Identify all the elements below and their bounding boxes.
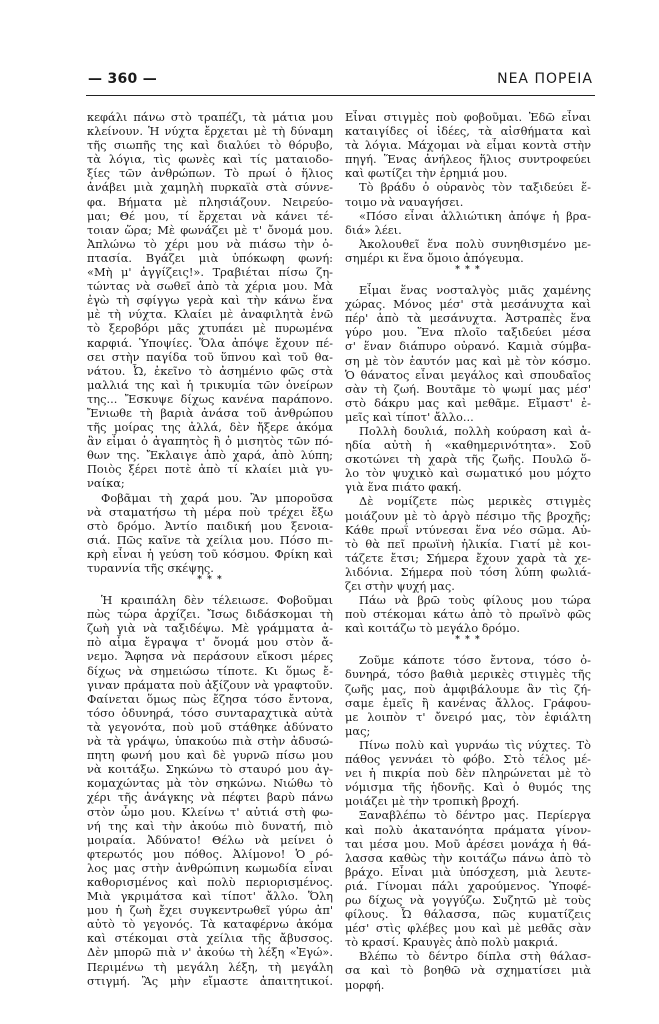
- text-line: γιὰ ἕνα πιάτο φακή.: [345, 480, 591, 494]
- text-line: γιναν πράματα ποὺ ἀξίζουν νὰ γραφτοῦν.: [87, 678, 333, 692]
- text-line: Φαίνεται ὅμως πὼς ἔζησα τόσο ἔντονα,: [87, 692, 333, 706]
- text-line: Ἔνιωθε τὴ βαριὰ ἀνάσα τοῦ ἀνθρώπου: [87, 406, 333, 420]
- text-line: Ἀπλώνω τὸ χέρι μου νὰ πιάσω τὴν ὀ-: [87, 237, 333, 251]
- text-line: πάθος γεννάει τὸ φόβο. Στὸ τέλος μέ-: [345, 752, 591, 766]
- text-line: τῆς μοίρας της ἀλλά, δὲν ἤξερε ἀκόμα: [87, 420, 333, 434]
- text-line: τυραννία τῆς σκέψης.: [87, 561, 333, 575]
- text-line: νή της καὶ τὴν ἀκούω πιὸ δυνατή, πιὸ: [87, 819, 333, 833]
- text-line: Ἡ κραιπάλη δὲν τέλειωσε. Φοβοῦμαι: [87, 593, 333, 607]
- text-line: Τὸ βράδυ ὁ οὐρανὸς τὸν ταξιδεύει ἕ-: [345, 180, 591, 194]
- text-line: δυνηρά, τόσο βαθιὰ μερικὲς στιγμὲς τῆς: [345, 667, 591, 681]
- text-line: Ἀκολουθεῖ ἕνα πολὺ συνηθισμένο με-: [345, 237, 591, 251]
- text-line: ρω δίχως νὰ γογγύζω. Συζητῶ μὲ τοὺς: [345, 893, 591, 907]
- text-line: τὰ λόγια. Μάχομαι νὰ εἶμαι κοντὰ στὴν: [345, 138, 591, 152]
- text-line: τὰ γεγονότα, ποὺ μοῦ στάθηκε ἀδύνατο: [87, 720, 333, 734]
- text-line: τὸ ξεροβόρι μᾶς χτυπάει μὲ πυρωμένα: [87, 321, 333, 335]
- text-line: μοιραία. Ἀδύνατο! Θέλω νὰ μείνει ὁ: [87, 833, 333, 847]
- text-line: δίχως νὰ σημειώσω τίποτε. Κι ὅμως ἔ-: [87, 664, 333, 678]
- text-line: τώντας νὰ σωθεῖ ἀπὸ τὰ χέρια μου. Μὰ: [87, 279, 333, 293]
- text-line: Πολλὴ δουλιά, πολλὴ κούραση καὶ ἀ-: [345, 424, 591, 438]
- text-line: Ξαναβλέπω τὸ δέντρο μας. Περίεργα: [345, 808, 591, 822]
- text-line: στιγμή. Ἂς μὴν εἴμαστε ἀπαιτητικοί.: [87, 974, 333, 988]
- text-line: Δὲ νομίζετε πὼς μερικὲς στιγμὲς: [345, 494, 591, 508]
- right-text-column: Εἶναι στιγμὲς ποὺ φοβοῦμαι. Ἐδῶ εἶναικατ…: [345, 110, 591, 992]
- text-line: κομαχώντας μὰ τὸν σηκώνω. Νιώθω τὸ: [87, 776, 333, 790]
- text-line: μοιάζει μὲ τὴν τροπικὴ βροχή.: [345, 794, 591, 808]
- book-page: — 360 — ΝΕΑ ΠΟΡΕΙΑ κεφάλι πάνω στὸ τραπέ…: [0, 0, 659, 1024]
- text-line: ἀνάβει μιὰ χαμηλὴ πυρκαϊὰ στὰ σύννε-: [87, 180, 333, 194]
- text-line: σημέρι κι ἕνα ὅμοιο ἀπόγευμα.: [345, 251, 591, 265]
- text-line: Βλέπω τὸ δέντρο δίπλα στὴ θάλασ-: [345, 949, 591, 963]
- text-line: Περιμένω τὴ μεγάλη λέξη, τὴ μεγάλη: [87, 960, 333, 974]
- text-line: κεφάλι πάνω στὸ τραπέζι, τὰ μάτια μου: [87, 110, 333, 124]
- text-line: λος μας στὴν ἀνθρώπινη κωμωδία εἶναι: [87, 861, 333, 875]
- text-line: τόσο ὀδυνηρά, τόσο συνταραχτικὰ αὐτὰ: [87, 706, 333, 720]
- section-separator: * * *: [87, 575, 333, 585]
- text-line: ζωὴ γιὰ νὰ ταξιδέψω. Μὲ γράμματα ἀ-: [87, 621, 333, 635]
- text-line: σαμε ἐμεῖς ἢ κανένας ἄλλος. Γράφου-: [345, 696, 591, 710]
- text-line: αὐτὸ τὸ γεγονός. Τὰ καταφέρνω ἀκόμα: [87, 917, 333, 931]
- text-line: τὸ κρασί. Κραυγὲς ἀπὸ πολὺ μακριά.: [345, 935, 591, 949]
- text-line: νὰ σταματήσω τὴ μέρα ποὺ τρέχει ἔξω: [87, 505, 333, 519]
- text-line: στὸ δάκρυ μας καὶ μεθᾶμε. Εἴμαστ' ἐ-: [345, 396, 591, 410]
- text-line: Κάθε πρωΐ ντύνεσαι ἕνα νέο σῶμα. Αὐ-: [345, 523, 591, 537]
- page-number: — 360 —: [88, 71, 157, 87]
- text-line: καὶ στέκομαι στὰ χείλια τῆς ἄβυσσος.: [87, 931, 333, 945]
- text-line: μοιάζουν μὲ τὸ ἀργὸ πέσιμο τῆς βροχῆς;: [345, 509, 591, 523]
- text-line: φίλους. Ὦ θάλασσα, πῶς κυματίζεις: [345, 907, 591, 921]
- text-line: πὼς τώρα ἀρχίζει. Ἴσως διδάσκομαι τὴ: [87, 607, 333, 621]
- paragraph-gap: [345, 645, 591, 653]
- header-rule: [86, 95, 595, 96]
- text-line: Εἶμαι ἕνας νοσταλγὸς μιᾶς χαμένης: [345, 283, 591, 297]
- text-line: ση μὲ τὸν ἑαυτόν μας καὶ μὲ τὸν κόσμο.: [345, 354, 591, 368]
- text-line: λασσα καθὼς τὴν κοιτάζω πάνω ἀπὸ τὸ: [345, 851, 591, 865]
- text-line: με λοιπὸν τ' ὄνειρό μας, τὸν ἐφιάλτη: [345, 710, 591, 724]
- text-line: καθορισμένος καὶ πολὺ περιορισμένος.: [87, 875, 333, 889]
- text-line: νει ἡ πικρία ποὺ δὲν πληρώνεται μὲ τὸ: [345, 766, 591, 780]
- text-line: καρφιά. Ὑποψίες. Ὅλα ἀπόψε ἔχουν πέ-: [87, 336, 333, 350]
- text-line: Πάω νὰ βρῶ τοὺς φίλους μου τώρα: [345, 593, 591, 607]
- text-line: μεῖς καὶ τίποτ' ἄλλο...: [345, 410, 591, 424]
- section-separator: * * *: [345, 635, 591, 645]
- text-line: σει στὴν παγίδα τοῦ ὕπνου καὶ τοῦ θα-: [87, 350, 333, 364]
- text-line: κρὴ εἶναι ἡ γεύση τοῦ κόσμου. Φρίκη καὶ: [87, 547, 333, 561]
- text-line: στὸν ὦμο μου. Κλείνω τ' αὐτιά στὴ φω-: [87, 805, 333, 819]
- text-line: νὰ τὰ γράψω, ὑπακούω πιὰ στὴν ἀδυσώ-: [87, 734, 333, 748]
- text-line: μέσ' στὶς φλέβες μου καὶ μὲ μεθᾶς σὰν: [345, 921, 591, 935]
- text-line: πέρ' ἀπὸ τὰ μεσάνυχτα. Ἀστραπὲς ἕνα: [345, 311, 591, 325]
- text-line: σκοτώνει τὴ χαρὰ τῆς ζωῆς. Πουλῶ ὅ-: [345, 452, 591, 466]
- text-line: τοιαν ὥρα; Μὲ φωνάζει μὲ τ' ὄνομά μου.: [87, 223, 333, 237]
- text-line: ζει στὴν ψυχή μας.: [345, 579, 591, 593]
- text-line: ριά. Γίνομαι πάλι χαρούμενος. Ὑποφέ-: [345, 879, 591, 893]
- text-line: καὶ φωτίζει τὴν ἐρημιά μου.: [345, 166, 591, 180]
- text-line: ηδία αὐτὴ ἡ «καθημερινότητα». Σοῦ: [345, 438, 591, 452]
- text-line: χέρι τῆς ἀνάγκης νὰ πέφτει βαρὺ πάνω: [87, 790, 333, 804]
- running-header: — 360 — ΝΕΑ ΠΟΡΕΙΑ: [88, 71, 593, 93]
- text-line: ξίες τῶν ἀνθρώπων. Τὸ πρωί ὁ ἥλιος: [87, 166, 333, 180]
- text-line: ναίκα;: [87, 476, 333, 490]
- text-line: ἐγὼ τὴ σφίγγω γερὰ καὶ τὴν κάνω ἕνα: [87, 293, 333, 307]
- text-line: τὸ θὰ πεῖ πρωϊνὴ ἡλικία. Γιατί μὲ κοι-: [345, 537, 591, 551]
- text-line: νάτου. Ὦ, ἐκεῖνο τὸ ἀσημένιο φῶς στὰ: [87, 364, 333, 378]
- text-line: λο τὸν ψυχικὸ καὶ σωματικό μου μόχτο: [345, 466, 591, 480]
- text-line: σὰν τὴ ζωή. Βουτᾶμε τὸ ψωμί μας μέσ': [345, 382, 591, 396]
- left-text-column: κεφάλι πάνω στὸ τραπέζι, τὰ μάτια μουκλε…: [87, 110, 333, 988]
- text-line: πτασία. Βγάζει μιὰ ὑπόκωφη φωνή:: [87, 251, 333, 265]
- text-line: Ζοῦμε κάποτε τόσο ἔντονα, τόσο ὀ-: [345, 653, 591, 667]
- text-line: νὰ κοιτάξω. Σηκώνω τὸ σταυρό μου ἀγ-: [87, 762, 333, 776]
- text-line: ἂν εἶμαι ὁ ἀγαπητὸς ἢ ὁ μισητὸς τῶν πό-: [87, 434, 333, 448]
- text-line: Ὁ θάνατος εἶναι μεγάλος καὶ σπουδαῖος: [345, 368, 591, 382]
- text-line: σα καὶ τὸ βοηθῶ νὰ σχηματίσει μιὰ: [345, 963, 591, 977]
- text-line: τοιμο νὰ ναυαγήσει.: [345, 195, 591, 209]
- text-line: Μιὰ γκριμάτσα καὶ τίποτ' ἄλλο. Ὅλη: [87, 889, 333, 903]
- text-line: πητη φωνή μου καὶ δὲ γυρνῶ πίσω μου: [87, 748, 333, 762]
- text-line: πηγή. Ἕνας ἀνήλεος ἥλιος συντροφεύει: [345, 152, 591, 166]
- text-line: κλείνουν. Ἡ νύχτα ἔρχεται μὲ τὴ δύναμη: [87, 124, 333, 138]
- text-line: της... Ἔσκυψε δίχως κανένα παράπονο.: [87, 392, 333, 406]
- section-separator: * * *: [345, 265, 591, 275]
- text-line: «Μὴ μ' ἀγγίζεις!». Τραβιέται πίσω ζη-: [87, 265, 333, 279]
- text-line: μας;: [345, 724, 591, 738]
- text-line: Ποιὸς ξέρει ποτὲ ἀπὸ τί κλαίει μιὰ γυ-: [87, 462, 333, 476]
- text-line: τὰ λόγια, τὶς φωνὲς καὶ τίς ματαιοδο-: [87, 152, 333, 166]
- text-line: μὲ τὴ νύχτα. Κλαίει μὲ ἀναφιλητὰ ἐνῶ: [87, 307, 333, 321]
- text-line: νεμο. Ἄφησα νὰ περάσουν εἴκοσι μέρες: [87, 649, 333, 663]
- text-line: μαι; Θέ μου, τί ἔρχεται νὰ κάνει τέ-: [87, 209, 333, 223]
- journal-title: ΝΕΑ ΠΟΡΕΙΑ: [497, 71, 593, 87]
- text-line: στὸ δρόμο. Ἀντίο παιδική μου ξενοια-: [87, 519, 333, 533]
- text-line: Φοβᾶμαι τὴ χαρά μου. Ἂν μποροῦσα: [87, 491, 333, 505]
- text-line: νόμισμα τῆς ἡδονῆς. Καὶ ὁ θυμός της: [345, 780, 591, 794]
- text-line: ζωῆς μας, ποὺ ἀμφιβάλουμε ἂν τὶς ζή-: [345, 682, 591, 696]
- text-line: πὸ αἷμα ἔγραψα τ' ὄνομά μου στὸν ἄ-: [87, 635, 333, 649]
- text-line: λιδόνια. Σήμερα ποὺ τόση λύπη φωλιά-: [345, 565, 591, 579]
- text-line: τάζετε ἔτσι; Σήμερα ἔχουν χαρὰ τὰ χε-: [345, 551, 591, 565]
- text-line: φα. Βήματα μὲ πλησιάζουν. Νειρεύο-: [87, 195, 333, 209]
- text-line: σιά. Πῶς καῖνε τὰ χείλια μου. Πόσο πι-: [87, 533, 333, 547]
- paragraph-gap: [345, 275, 591, 283]
- text-line: μου ἡ ζωὴ ἔχει συγκεντρωθεῖ γύρω ἀπ': [87, 903, 333, 917]
- text-line: ποὺ στέκομαι κάτω ἀπὸ τὸ πρωϊνὸ φῶς: [345, 607, 591, 621]
- text-line: διά» λέει.: [345, 223, 591, 237]
- text-line: γύρο μου. Ἕνα πλοῖο ταξιδεύει μέσα: [345, 325, 591, 339]
- text-line: Πίνω πολὺ καὶ γυρνάω τὶς νύχτες. Τὸ: [345, 738, 591, 752]
- text-line: θων της. Ἔκλαιγε ἀπὸ χαρά, ἀπὸ λύπη;: [87, 448, 333, 462]
- text-line: φτερωτός μου πόθος. Ἀλίμονο! Ὁ ρό-: [87, 847, 333, 861]
- text-line: «Πόσο εἶναι ἀλλιώτικη ἀπόψε ἡ βρα-: [345, 209, 591, 223]
- text-line: σ' ἕναν διάπυρο οὐρανό. Καμιὰ σύμβα-: [345, 339, 591, 353]
- text-line: καὶ κοιτάζω τὸ μεγάλο δρόμο.: [345, 621, 591, 635]
- text-line: καὶ πολὺ ἀκατανόητα πράματα γίνον-: [345, 823, 591, 837]
- text-line: μαλλιά της καὶ ἡ τρικυμία τῶν ὀνείρων: [87, 378, 333, 392]
- text-line: τῆς σιωπῆς της καὶ διαλύει τὸ θόρυβο,: [87, 138, 333, 152]
- text-line: βράχο. Εἶναι μιὰ ὑπόσχεση, μιὰ λευτε-: [345, 865, 591, 879]
- text-line: Δὲν μπορῶ πιὰ ν' ἀκούω τὴ λέξη «Ἐγώ».: [87, 945, 333, 959]
- text-line: χώρας. Μόνος μέσ' στὰ μεσάνυχτα καὶ: [345, 297, 591, 311]
- text-line: ται μέσα μου. Μοῦ ἀρέσει μονάχα ἡ θά-: [345, 837, 591, 851]
- paragraph-gap: [87, 585, 333, 593]
- text-line: μορφή.: [345, 978, 591, 992]
- text-line: Εἶναι στιγμὲς ποὺ φοβοῦμαι. Ἐδῶ εἶναι: [345, 110, 591, 124]
- text-line: καταιγίδες οἱ ἰδέες, τὰ αἰσθήματα καὶ: [345, 124, 591, 138]
